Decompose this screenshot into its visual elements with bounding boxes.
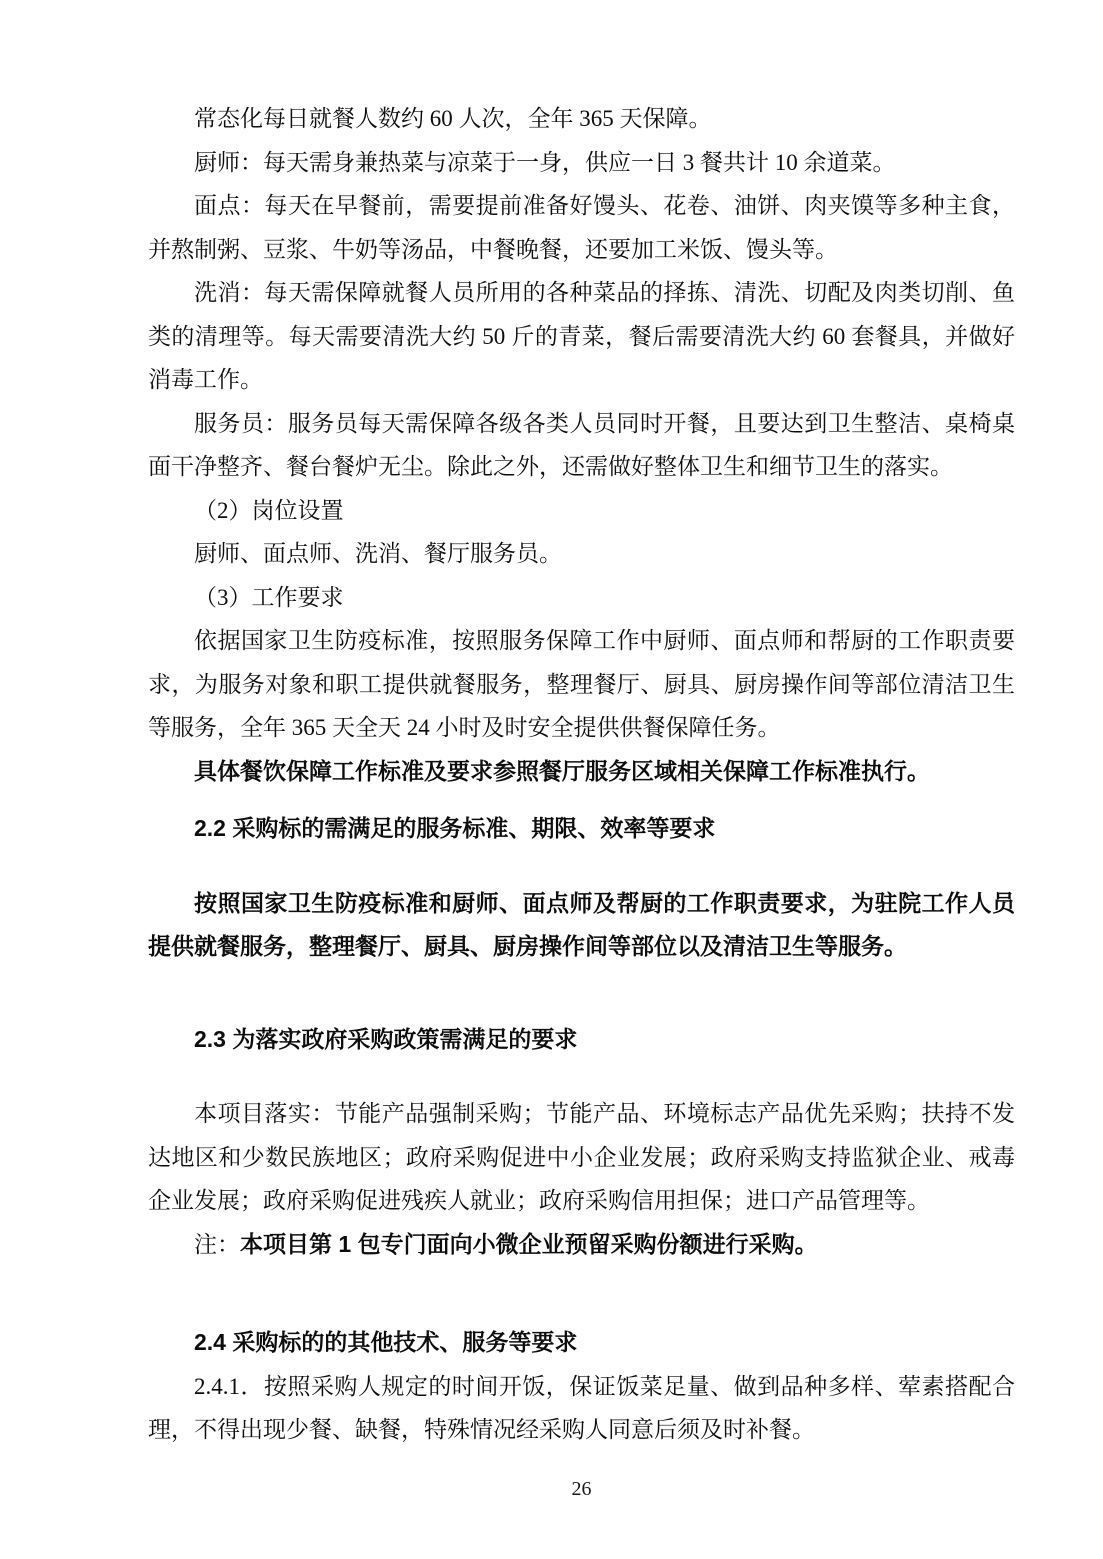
body-paragraph-waiter: 服务员：服务员每天需保障各级各类人员同时开餐，且要达到卫生整洁、桌椅桌面干净整齐… xyxy=(148,402,1015,489)
body-paragraph-policy-implementation: 本项目落实：节能产品强制采购；节能产品、环境标志产品优先采购；扶持不发达地区和少… xyxy=(148,1092,1015,1223)
bold-paragraph-catering-standard: 具体餐饮保障工作标准及要求参照餐厅服务区域相关保障工作标准执行。 xyxy=(148,750,1015,794)
body-paragraph-work-requirements-label: （3）工作要求 xyxy=(148,576,1015,620)
document-body: 常态化每日就餐人数约 60 人次，全年 365 天保障。 厨师：每天需身兼热菜与… xyxy=(148,97,1015,1452)
note-prefix: 注： xyxy=(194,1232,240,1257)
bold-paragraph-service-scope: 按照国家卫生防疫标准和厨师、面点师及帮厨的工作职责要求，为驻院工作人员提供就餐服… xyxy=(148,882,1015,969)
note-paragraph: 注：本项目第 1 包专门面向小微企业预留采购份额进行采购。 xyxy=(148,1223,1015,1267)
body-paragraph-post-list: 厨师、面点师、洗消、餐厅服务员。 xyxy=(148,532,1015,576)
heading-2-4: 2.4 采购标的的其他技术、服务等要求 xyxy=(148,1321,1015,1365)
page-number: 26 xyxy=(148,1478,1015,1501)
body-paragraph-canteen-headcount: 常态化每日就餐人数约 60 人次，全年 365 天保障。 xyxy=(148,97,1015,141)
heading-2-3: 2.3 为落实政府采购政策需满足的要求 xyxy=(148,1018,1015,1062)
document-page: 常态化每日就餐人数约 60 人次，全年 365 天保障。 厨师：每天需身兼热菜与… xyxy=(0,0,1103,1559)
body-paragraph-2-4-1: 2.4.1．按照采购人规定的时间开饭，保证饭菜足量、做到品种多样、荤素搭配合理，… xyxy=(148,1365,1015,1452)
body-paragraph-work-requirements: 依据国家卫生防疫标准，按照服务保障工作中厨师、面点师和帮厨的工作职责要求，为服务… xyxy=(148,619,1015,750)
note-bold-text: 本项目第 1 包专门面向小微企业预留采购份额进行采购。 xyxy=(240,1231,818,1257)
body-paragraph-pastry: 面点：每天在早餐前，需要提前准备好馒头、花卷、油饼、肉夹馍等多种主食，并熬制粥、… xyxy=(148,184,1015,271)
body-paragraph-washing: 洗消：每天需保障就餐人员所用的各种菜品的择拣、清洗、切配及肉类切削、鱼类的清理等… xyxy=(148,271,1015,402)
heading-2-2: 2.2 采购标的需满足的服务标准、期限、效率等要求 xyxy=(148,807,1015,851)
body-paragraph-post-setup-label: （2）岗位设置 xyxy=(148,489,1015,533)
body-paragraph-chef: 厨师：每天需身兼热菜与凉菜于一身，供应一日 3 餐共计 10 余道菜。 xyxy=(148,141,1015,185)
